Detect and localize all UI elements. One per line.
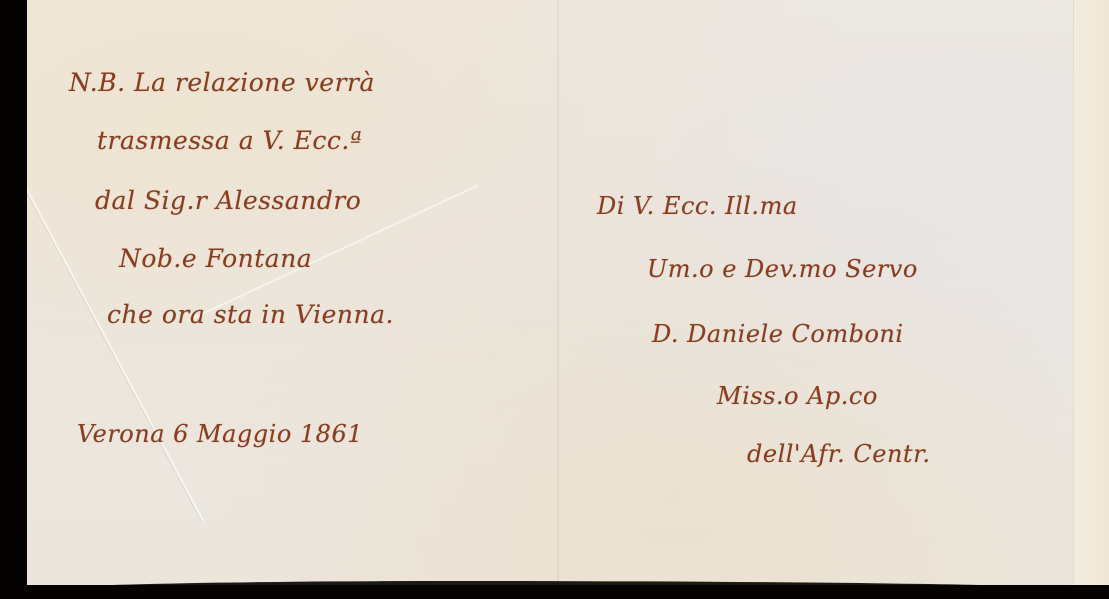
note-line: trasmessa a V. Ecc.ª (97, 126, 362, 155)
dateline: Verona 6 Maggio 1861 (77, 420, 363, 448)
letter-page: N.B. La relazione verrà trasmessa a V. E… (27, 0, 1109, 585)
closing-line: dell'Afr. Centr. (747, 440, 931, 468)
note-line: Nob.e Fontana (119, 244, 312, 273)
note-line: che ora sta in Vienna. (107, 300, 394, 329)
note-line: N.B. La relazione verrà (69, 68, 375, 97)
closing-line: Di V. Ecc. Ill.ma (597, 192, 798, 220)
note-line: dal Sig.r Alessandro (95, 186, 361, 215)
closing-line: Miss.o Ap.co (717, 382, 878, 410)
fold-line-vertical (557, 0, 559, 585)
closing-line: Um.o e Dev.mo Servo (647, 255, 918, 283)
paper-edge-strip (1073, 0, 1109, 585)
signature: D. Daniele Comboni (652, 320, 904, 348)
